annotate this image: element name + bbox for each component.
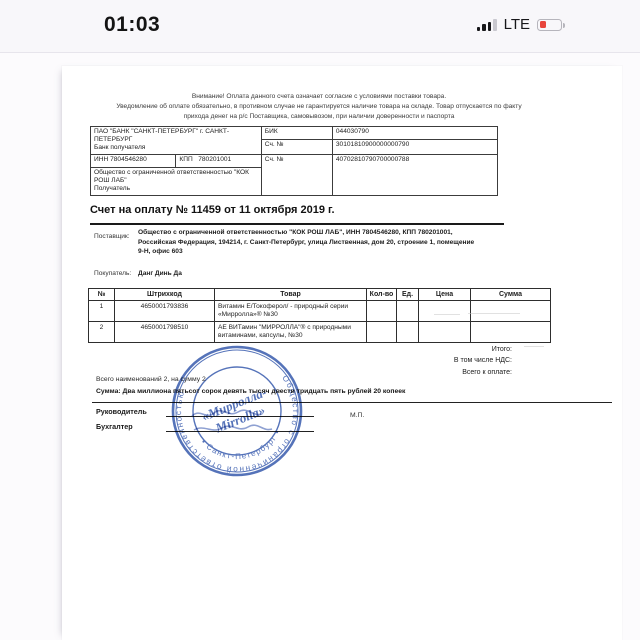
row-barcode: 4650001798510	[115, 322, 215, 343]
bank-name-label: Банк получателя	[94, 144, 258, 152]
col-header-product: Товар	[215, 289, 367, 301]
total-label: Итого:	[312, 344, 512, 355]
invoice-page: Внимание! Оплата данного счета означает …	[62, 66, 622, 640]
row-num: 2	[89, 322, 115, 343]
company-stamp-icon: Общество с ограниченной ответственностью…	[159, 333, 315, 489]
corr-account-value: 30101810900000000790	[332, 140, 497, 154]
items-header-row: № Штрихкод Товар Кол-во Ед. Цена Сумма	[89, 289, 551, 301]
supplier-label: Поставщик:	[94, 232, 136, 242]
row-unit	[397, 301, 419, 322]
col-header-num: №	[89, 289, 115, 301]
row-sum	[471, 301, 551, 322]
bank-details-table: ПАО "БАНК "САНКТ-ПЕТЕРБУРГ" г. САНКТ-ПЕТ…	[90, 126, 498, 196]
row-qty	[367, 322, 397, 343]
col-header-unit: Ед.	[397, 289, 419, 301]
row-unit	[397, 322, 419, 343]
bank-name: ПАО "БАНК "САНКТ-ПЕТЕРБУРГ" г. САНКТ-ПЕТ…	[94, 128, 258, 144]
warning-line-2: Уведомление об оплате обязательно, в про…	[90, 102, 548, 112]
bik-value: 044030790	[332, 127, 497, 140]
accountant-label: Бухгалтер	[96, 422, 133, 431]
table-row: 2 4650001798510 АЕ ВИТамин "МИРРОЛЛА"® с…	[89, 322, 551, 343]
kpp-cell: КПП 780201001	[176, 154, 261, 167]
vat-included-label: В том числе НДС:	[312, 355, 512, 366]
svg-text:Общество с ограниченной ответс: Общество с ограниченной ответственностью	[170, 373, 308, 483]
status-icons: LTE	[477, 16, 562, 33]
inn-value: ИНН 7804546280	[91, 154, 176, 167]
stamp-arc-top-text: Общество с ограниченной ответственностью	[170, 373, 308, 483]
kpp-value: 780201001	[198, 156, 231, 163]
row-qty	[367, 301, 397, 322]
network-type-label: LTE	[504, 16, 530, 33]
faint-print-mark	[434, 314, 460, 315]
invoice-title: Счет на оплату № 11459 от 11 октября 201…	[90, 204, 504, 225]
faint-print-mark	[524, 346, 544, 347]
buyer-value: Данг Динь Да	[138, 269, 338, 279]
supplier-value: Общество с ограниченной ответственностью…	[138, 228, 478, 257]
battery-low-icon	[537, 19, 562, 31]
buyer-label: Покупатель:	[94, 269, 140, 279]
recipient-label: Получатель	[94, 185, 258, 193]
status-bar: 01:03 LTE	[0, 0, 640, 53]
director-label: Руководитель	[96, 407, 147, 416]
items-table: № Штрихкод Товар Кол-во Ед. Цена Сумма 1…	[88, 288, 551, 343]
faint-print-mark	[468, 313, 520, 314]
recipient-name: Общество с ограниченной ответственностью…	[94, 169, 258, 185]
row-price	[419, 301, 471, 322]
total-due-label: Всего к оплате:	[312, 367, 512, 378]
col-header-qty: Кол-во	[367, 289, 397, 301]
row-barcode: 4650001793836	[115, 301, 215, 322]
warning-text: Внимание! Оплата данного счета означает …	[90, 92, 548, 122]
account-label: Сч. №	[261, 154, 332, 195]
col-header-price: Цена	[419, 289, 471, 301]
corr-account-label: Сч. №	[261, 140, 332, 154]
col-header-sum: Сумма	[471, 289, 551, 301]
row-product: Витамин Е/Токоферол/ - природный серии «…	[215, 301, 367, 322]
kpp-label: КПП	[179, 156, 192, 163]
signal-strength-icon	[477, 19, 497, 31]
warning-line-1: Внимание! Оплата данного счета означает …	[90, 92, 548, 102]
account-value: 40702810790700000788	[332, 154, 497, 195]
row-price	[419, 322, 471, 343]
stamp-place-label: М.П.	[350, 412, 364, 419]
totals-block: Итого: В том числе НДС: Всего к оплате:	[312, 344, 512, 378]
table-row: 1 4650001793836 Витамин Е/Токоферол/ - п…	[89, 301, 551, 322]
col-header-barcode: Штрихкод	[115, 289, 215, 301]
bik-label: БИК	[261, 127, 332, 140]
warning-line-3: прихода денег на р/с Поставщика, самовыв…	[90, 112, 548, 122]
clock: 01:03	[104, 13, 160, 37]
row-sum	[471, 322, 551, 343]
row-num: 1	[89, 301, 115, 322]
